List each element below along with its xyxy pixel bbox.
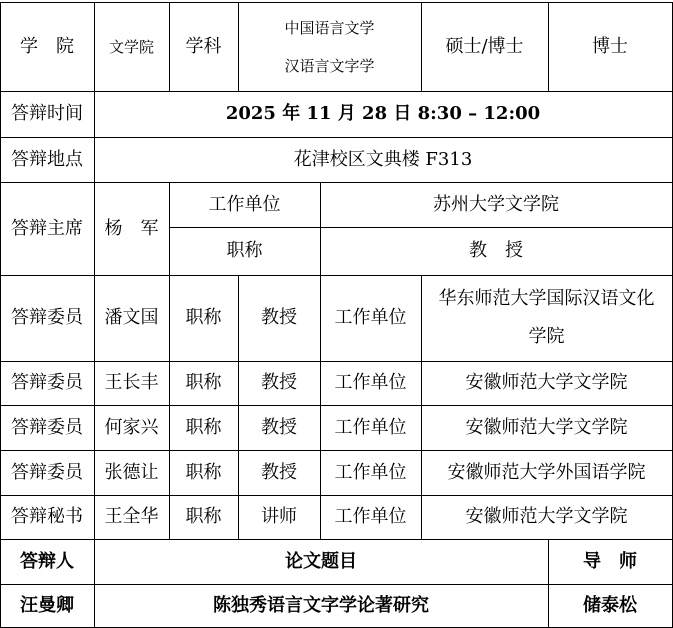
secretary-title: 讲师 (238, 495, 320, 539)
member-role: 答辩委员 (0, 405, 94, 450)
chair-affiliation: 苏州大学文学院 (320, 182, 672, 227)
thesis-title: 陈独秀语言文字学论著研究 (94, 584, 548, 628)
member-role: 答辩委员 (0, 361, 94, 405)
degree-type-label: 硕士/博士 (421, 2, 548, 91)
secretary-name: 王全华 (94, 495, 169, 539)
defense-location-label: 答辩地点 (0, 137, 94, 182)
chair-title: 教 授 (320, 227, 672, 275)
member-title-label: 职称 (169, 405, 238, 450)
chair-title-label: 职称 (169, 227, 320, 275)
member-affiliation-label: 工作单位 (320, 275, 421, 361)
member-title: 教授 (238, 275, 320, 361)
subject-value: 中国语言文学 汉语言文字学 (238, 2, 421, 91)
advisor-header: 导 师 (548, 539, 672, 584)
advisor-name: 储泰松 (548, 584, 672, 628)
defense-time-value: 2025 年 11 月 28 日 8:30 – 12:00 (94, 91, 672, 137)
member-affiliation: 安徽师范大学文学院 (421, 361, 672, 405)
candidate-header: 答辩人 (0, 539, 94, 584)
member-affiliation: 华东师范大学国际汉语文化 学院 (421, 275, 672, 361)
chair-affiliation-label: 工作单位 (169, 182, 320, 227)
degree-type-value: 博士 (548, 2, 672, 91)
member-name: 潘文国 (94, 275, 169, 361)
member-title-label: 职称 (169, 450, 238, 495)
member-title-label: 职称 (169, 275, 238, 361)
member-name: 何家兴 (94, 405, 169, 450)
secretary-role: 答辩秘书 (0, 495, 94, 539)
subject-label: 学科 (169, 2, 238, 91)
chair-name: 杨 军 (94, 182, 169, 275)
college-value: 文学院 (94, 2, 169, 91)
member-title-label: 职称 (169, 361, 238, 405)
college-label: 学 院 (0, 2, 94, 91)
member-affiliation-label: 工作单位 (320, 450, 421, 495)
member-title: 教授 (238, 405, 320, 450)
member-name: 张德让 (94, 450, 169, 495)
member-role: 答辩委员 (0, 275, 94, 361)
member-affiliation-label: 工作单位 (320, 405, 421, 450)
member-affiliation-line1: 华东师范大学国际汉语文化 (439, 288, 655, 310)
chair-role: 答辩主席 (0, 182, 94, 275)
candidate-name: 汪曼卿 (0, 584, 94, 628)
thesis-title-header: 论文题目 (94, 539, 548, 584)
member-title: 教授 (238, 361, 320, 405)
member-name: 王长丰 (94, 361, 169, 405)
subject-value-line2: 汉语言文字学 (284, 57, 374, 75)
defense-time-label: 答辩时间 (0, 91, 94, 137)
secretary-title-label: 职称 (169, 495, 238, 539)
member-role: 答辩委员 (0, 450, 94, 495)
member-affiliation-label: 工作单位 (320, 361, 421, 405)
subject-value-line1: 中国语言文学 (284, 19, 374, 37)
member-title: 教授 (238, 450, 320, 495)
member-affiliation: 安徽师范大学外国语学院 (421, 450, 672, 495)
secretary-affiliation-label: 工作单位 (320, 495, 421, 539)
secretary-affiliation: 安徽师范大学文学院 (421, 495, 672, 539)
defense-location-value: 花津校区文典楼 F313 (94, 137, 672, 182)
member-affiliation: 安徽师范大学文学院 (421, 405, 672, 450)
member-affiliation-line2: 学院 (529, 326, 565, 348)
